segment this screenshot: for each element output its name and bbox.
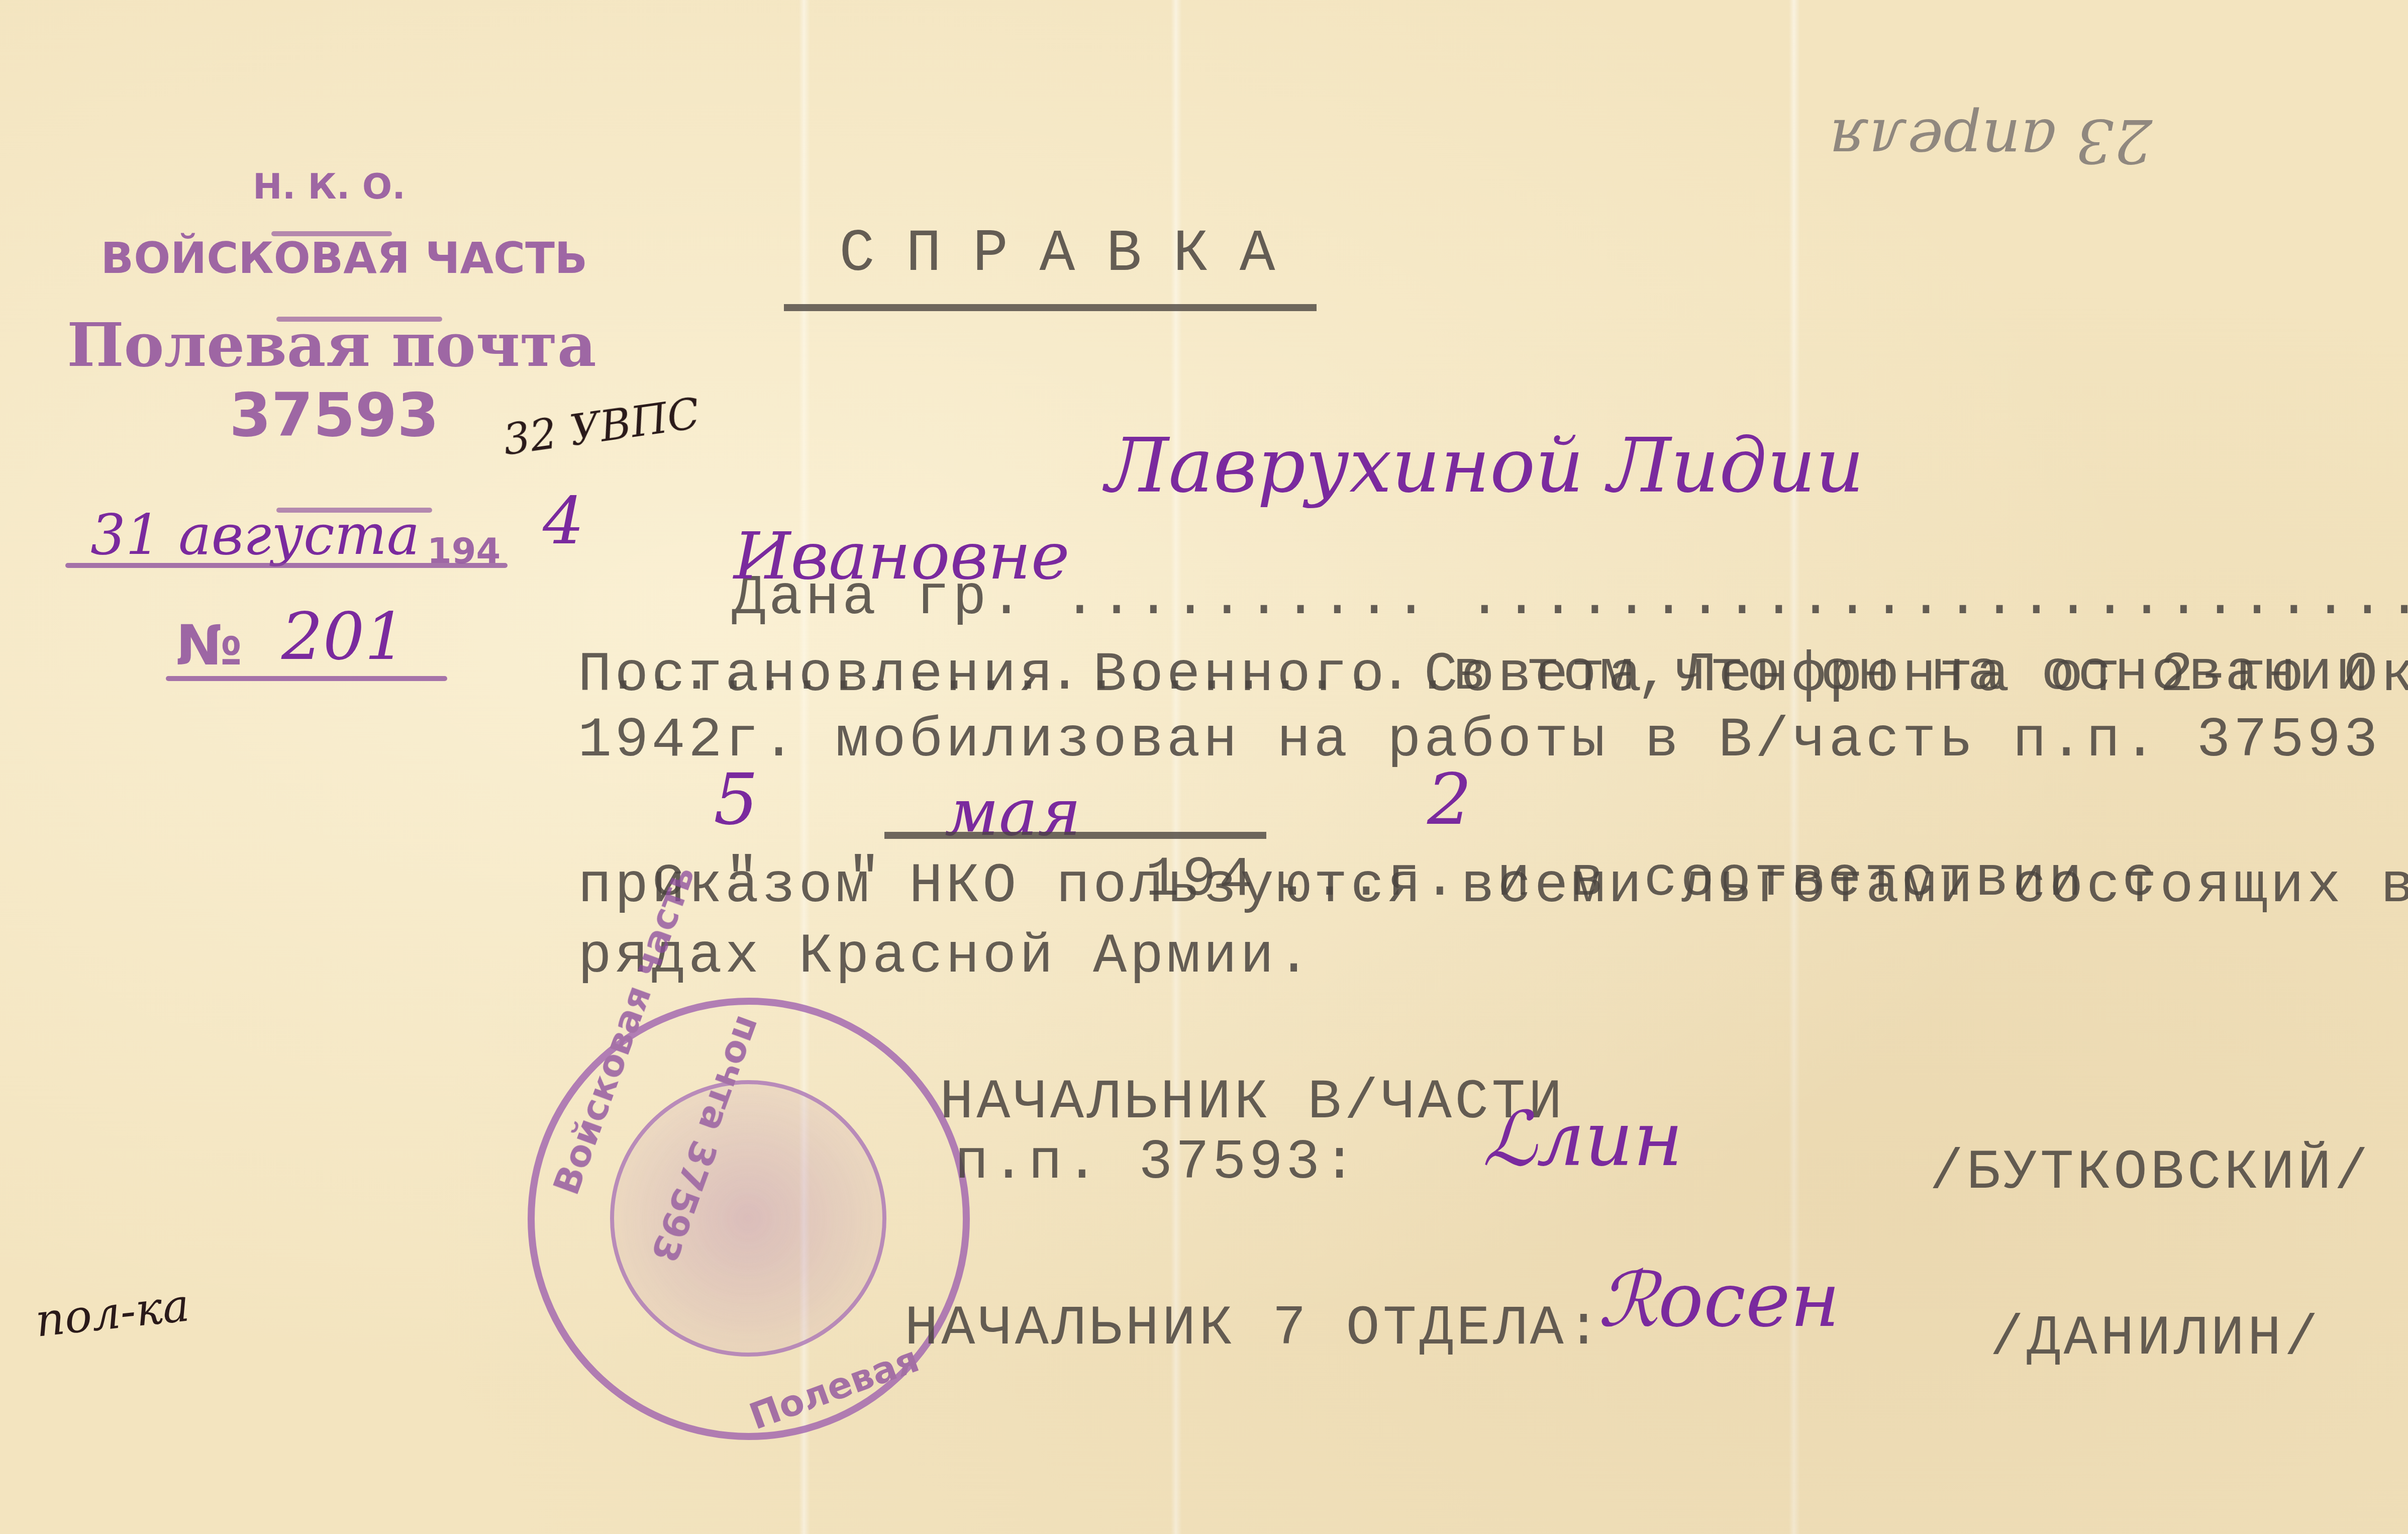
stamp-number-handwritten: 201 bbox=[281, 598, 406, 675]
left-margin-annotation: пол-ка bbox=[33, 1279, 192, 1348]
corner-stamp: Н. К. О. ВОЙСКОВАЯ ЧАСТЬ Полевая почта 3… bbox=[40, 166, 603, 450]
stamp-number-row: № 201 bbox=[166, 603, 518, 679]
pencil-annotation-top-right: 23 апреля bbox=[1829, 106, 2152, 175]
body-line-7: рядах Красной Армии. bbox=[578, 925, 1314, 989]
stamp-divider bbox=[276, 317, 442, 322]
recipient-name: Лаврухиной Лидии bbox=[1106, 422, 1864, 510]
start-month-handwritten: мая bbox=[945, 774, 1081, 850]
signatory-2-role: НАЧАЛЬНИК 7 ОТДЕЛА: bbox=[905, 1297, 1603, 1361]
signatory-1-role: НАЧАЛЬНИК В/ЧАСТИ bbox=[940, 1071, 1565, 1134]
title-underline bbox=[784, 304, 1317, 311]
month-underline bbox=[884, 832, 1266, 839]
body-line-4: 1942г. мобилизован на работы в В/часть п… bbox=[578, 709, 2380, 773]
document-title: СПРАВКА bbox=[839, 221, 1307, 288]
signatory-1-name: /БУТКОВСКИЙ/ bbox=[1930, 1141, 2371, 1205]
recipient-patronymic: Ивановне bbox=[734, 518, 1070, 594]
stamp-date-row: 31 августа 194 4 bbox=[60, 503, 613, 578]
seal-emblem bbox=[610, 1080, 886, 1357]
stamp-number-line bbox=[166, 676, 447, 681]
signatory-1-unit: п.п. 37593: bbox=[955, 1131, 1359, 1195]
official-seal: Войсковая часть почта 37593 Полевая bbox=[528, 998, 970, 1440]
start-day-handwritten: 5 bbox=[714, 759, 758, 841]
stamp-number-label: № bbox=[176, 613, 242, 678]
start-year-handwritten: 2 bbox=[1427, 759, 1472, 841]
stamp-year-prefix: 194 bbox=[427, 530, 500, 571]
body-line-6: приказом НКО пользуются всеми льготами с… bbox=[578, 854, 2408, 918]
stamp-year-handwritten: 4 bbox=[543, 483, 584, 559]
stamp-divider bbox=[271, 231, 392, 236]
body-line-3: Постановления Военного Совета Ленфронта … bbox=[578, 643, 2408, 707]
stamp-date-handwritten: 31 августа bbox=[90, 503, 420, 567]
signatory-2-name: /ДАНИЛИН/ bbox=[1990, 1307, 2321, 1371]
stamp-nko: Н. К. О. bbox=[55, 166, 603, 207]
signature-2: ℛосен bbox=[1598, 1257, 1840, 1344]
signature-1: ℒлин bbox=[1482, 1096, 1683, 1183]
stamp-unit: ВОЙСКОВАЯ ЧАСТЬ bbox=[85, 233, 603, 283]
